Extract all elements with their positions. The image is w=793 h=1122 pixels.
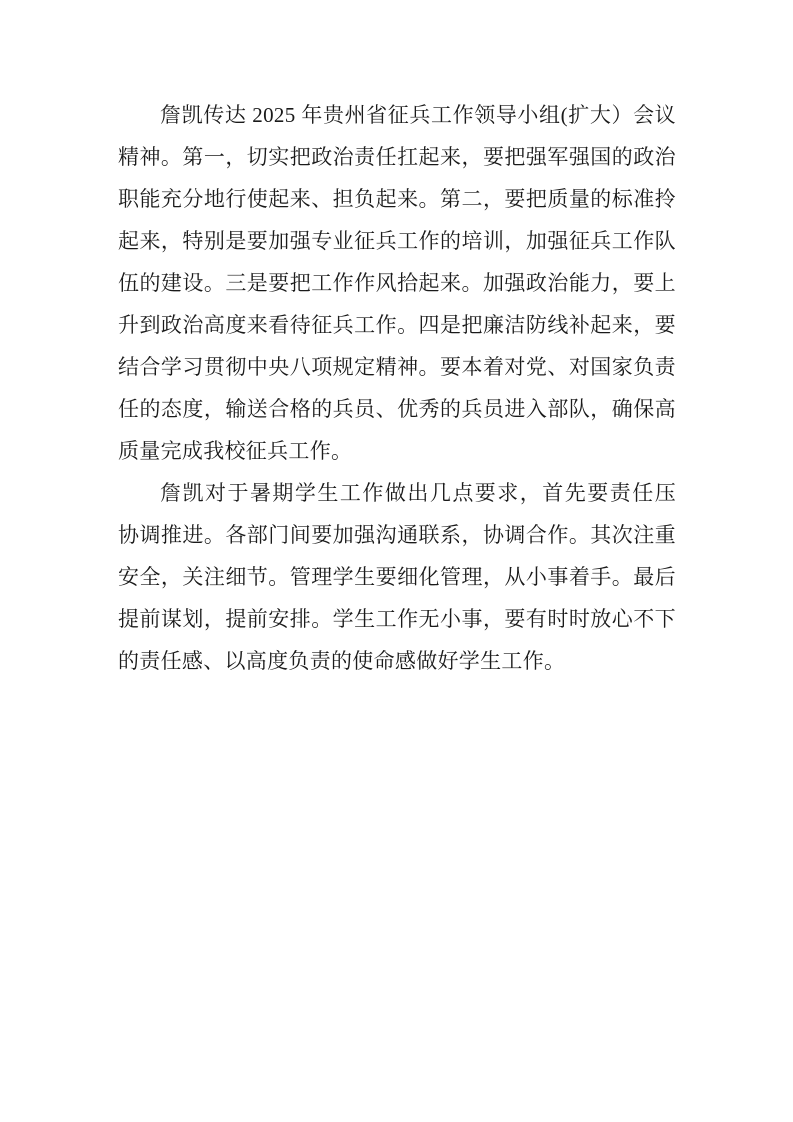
paragraph-1: 詹凯传达 2025 年贵州省征兵工作领导小组(扩大）会议 精神。第一，切实把政治… bbox=[118, 94, 676, 472]
text-line: 的责任感、以高度负责的使命感做好学生工作。 bbox=[118, 640, 676, 682]
text-line: 协调推进。各部门间要加强沟通联系，协调合作。其次注重 bbox=[118, 514, 676, 556]
document-body: 詹凯传达 2025 年贵州省征兵工作领导小组(扩大）会议 精神。第一，切实把政治… bbox=[118, 94, 676, 682]
text-line: 升到政治高度来看待征兵工作。四是把廉洁防线补起来，要 bbox=[118, 304, 676, 346]
text-line: 起来，特别是要加强专业征兵工作的培训，加强征兵工作队 bbox=[118, 220, 676, 262]
text-line: 提前谋划，提前安排。学生工作无小事，要有时时放心不下 bbox=[118, 598, 676, 640]
text-line: 精神。第一，切实把政治责任扛起来，要把强军强国的政治 bbox=[118, 136, 676, 178]
text-line: 伍的建设。三是要把工作作风拾起来。加强政治能力，要上 bbox=[118, 262, 676, 304]
text-line: 任的态度，输送合格的兵员、优秀的兵员进入部队，确保高 bbox=[118, 388, 676, 430]
text-line: 职能充分地行使起来、担负起来。第二，要把质量的标准拎 bbox=[118, 178, 676, 220]
paragraph-2: 詹凯对于暑期学生工作做出几点要求，首先要责任压实， 协调推进。各部门间要加强沟通… bbox=[118, 472, 676, 682]
text-line: 詹凯传达 2025 年贵州省征兵工作领导小组(扩大）会议 bbox=[118, 94, 676, 136]
text-line: 结合学习贯彻中央八项规定精神。要本着对党、对国家负责 bbox=[118, 346, 676, 388]
document-page: 詹凯传达 2025 年贵州省征兵工作领导小组(扩大）会议 精神。第一，切实把政治… bbox=[0, 0, 793, 1122]
text-line: 质量完成我校征兵工作。 bbox=[118, 430, 676, 472]
text-line: 詹凯对于暑期学生工作做出几点要求，首先要责任压实， bbox=[118, 472, 676, 514]
text-line: 安全，关注细节。管理学生要细化管理，从小事着手。最后 bbox=[118, 556, 676, 598]
